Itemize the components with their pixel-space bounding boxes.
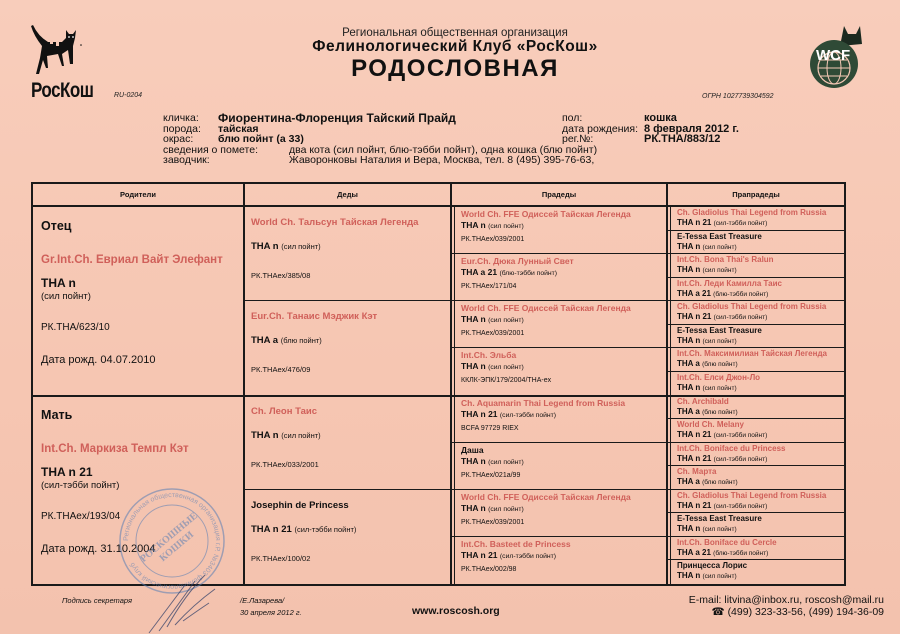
breed-code: THA a <box>677 407 700 416</box>
great-grandparent-name: Int.Ch. Basteet de Princess <box>461 539 571 549</box>
row-divider <box>666 230 844 231</box>
grandparent-breed: THA n (сил пойнт) <box>251 241 321 252</box>
row-divider <box>666 324 844 325</box>
breed-code: THA n 21 <box>461 409 498 419</box>
breed-code: THA a <box>677 477 700 486</box>
great-great-grandparent-breed: THA n (сил пойнт) <box>677 242 737 251</box>
color-desc: (сил-тэбби пойнт) <box>500 553 556 560</box>
parent-dob: Дата рожд. 04.07.2010 <box>41 354 155 366</box>
breed-code: THA n 21 <box>677 454 711 463</box>
grandparent-name: Eur.Ch. Танаис Мэджик Кэт <box>251 311 377 322</box>
header-grandparents: Деды <box>245 184 450 205</box>
pedigree-certificate: РосКош RU-0204 Региональная общественная… <box>0 0 900 634</box>
row-divider <box>666 512 844 513</box>
phone-icon: ☎ <box>712 606 725 618</box>
header-parents: Родители <box>33 184 243 205</box>
color-desc: (сил-тэбби пойнт) <box>294 525 356 534</box>
name-label: кличка: <box>163 113 218 124</box>
issue-date: 30 апреля 2012 г. <box>240 608 302 617</box>
great-great-grandparent-name: Int.Ch. Boniface du Princess <box>677 444 785 453</box>
great-great-grandparent-breed: THA n 21 (сил-тэбби пойнт) <box>677 312 767 321</box>
great-great-grandparent-name: Int.Ch. Boniface du Cercle <box>677 538 777 547</box>
row-divider <box>666 300 844 301</box>
row-divider <box>450 300 666 301</box>
great-great-grandparent-name: E-Tessa East Treasure <box>677 326 762 335</box>
great-great-grandparent-name: Ch. Archibald <box>677 397 729 406</box>
parent-reg: РК.THA/623/10 <box>41 322 110 333</box>
header-great-great-grandparents: Прапрадеды <box>668 184 844 205</box>
parent-role: Отец <box>41 219 71 233</box>
color-desc: (сил-тэбби пойнт) <box>714 456 768 463</box>
grandparent-name: Josephin de Princess <box>251 500 349 511</box>
color-desc: (блю-тэбби пойнт) <box>713 550 768 557</box>
grandparent-breed: THA n 21 (сил-тэбби пойнт) <box>251 524 356 535</box>
row-divider <box>450 253 666 254</box>
great-grandparent-reg: РК.THAex/039/2001 <box>461 519 524 526</box>
great-great-grandparent-breed: THA n (сил пойнт) <box>677 265 737 274</box>
great-grandparent-reg: РК.THAex/171/04 <box>461 283 516 290</box>
ogrn-number: ОГРН 1027739304592 <box>702 93 774 100</box>
great-great-grandparent-name: E-Tessa East Treasure <box>677 232 762 241</box>
breed-code: THA a <box>251 335 278 346</box>
great-great-grandparent-breed: THA n (сил пойнт) <box>677 524 737 533</box>
table-header: Родители Деды Прадеды Прапрадеды <box>33 184 844 207</box>
great-great-grandparent-cell: Ch. Gladiolus Thai Legend from RussiaTHA… <box>666 490 844 514</box>
great-grandparent-breed: THA n (сил пойнт) <box>461 220 524 230</box>
website-link[interactable]: www.roscosh.org <box>412 605 500 617</box>
great-great-grandparent-breed: THA a 21 (блю-тэбби пойнт) <box>677 548 768 557</box>
great-great-grandparent-name: Ch. Gladiolus Thai Legend from Russia <box>677 302 826 311</box>
breed-code: THA a <box>677 359 700 368</box>
color-label: окрас: <box>163 134 218 145</box>
great-great-grandparent-name: Int.Ch. Елси Джон-Ло <box>677 373 760 382</box>
great-grandparent-breed: THA n (сил пойнт) <box>461 456 524 466</box>
great-grandparent-name: World Ch. FFE Одиссей Тайская Легенда <box>461 209 631 219</box>
org-name: Фелинологический Клуб «РосКош» <box>5 38 900 56</box>
great-grandparent-breed: THA n 21 (сил-тэбби пойнт) <box>461 409 556 419</box>
breed-code: THA n <box>461 456 486 466</box>
breed-code: THA n <box>677 524 700 533</box>
great-grandparent-reg: РК.THAex/002/98 <box>461 566 516 573</box>
parent-name: Int.Ch. Маркиза Темпл Кэт <box>41 443 189 455</box>
breed-code: THA n 21 <box>677 501 711 510</box>
breed-code: THA n <box>461 503 486 513</box>
breed-code: THA n <box>251 241 279 252</box>
color-desc: (блю пойнт) <box>702 479 738 486</box>
breed-code: THA a 21 <box>677 548 711 557</box>
breeder-info: Жаворонковы Наталия и Вера, Москва, тел.… <box>289 155 594 166</box>
wcf-globe-cat-icon: WCF <box>800 24 870 94</box>
parent-breed: THA n <box>41 276 76 290</box>
color-desc: (сил-тэбби пойнт) <box>714 220 768 227</box>
color-desc: (сил пойнт) <box>703 244 737 251</box>
great-great-grandparent-cell: E-Tessa East TreasureTHA n (сил пойнт) <box>666 513 844 537</box>
breed-code: THA n <box>461 314 486 324</box>
signature-label: Подпись секретаря <box>62 596 132 605</box>
email-contacts[interactable]: E-mail: litvina@inbox.ru, roscosh@mail.r… <box>689 594 884 606</box>
breed-code: THA n 21 <box>677 430 711 439</box>
row-divider <box>666 277 844 278</box>
color-desc: (блю пойнт) <box>702 409 738 416</box>
great-great-grandparent-breed: THA n 21 (сил-тэбби пойнт) <box>677 218 767 227</box>
great-great-grandparent-cell: Int.Ch. Елси Джон-ЛоTHA n (сил пойнт) <box>666 372 844 396</box>
breed-code: THA a 21 <box>461 267 497 277</box>
great-grandparent-cell: World Ch. FFE Одиссей Тайская ЛегендаTHA… <box>450 301 666 348</box>
grandparent-name: World Ch. Тальсун Тайская Легенда <box>251 217 418 228</box>
grandparent-reg: РК.THAex/100/02 <box>251 554 310 563</box>
cat-info: кличка:Фиорентина-Флоренция Тайский Прай… <box>163 113 597 166</box>
row-divider <box>450 347 666 348</box>
great-great-grandparent-name: Int.Ch. Максимилиан Тайская Легенда <box>677 349 827 358</box>
breed-code: THA n <box>677 242 700 251</box>
great-grandparent-cell: Int.Ch. Basteet de PrincessTHA n 21 (сил… <box>450 537 666 584</box>
wcf-logo: WCF <box>800 24 870 94</box>
great-great-grandparent-breed: THA n 21 (сил-тэбби пойнт) <box>677 501 767 510</box>
svg-text:WCF: WCF <box>816 47 850 64</box>
row-divider <box>666 536 844 537</box>
great-grandparent-breed: THA n 21 (сил-тэбби пойнт) <box>461 550 556 560</box>
great-great-grandparent-name: World Ch. Melany <box>677 420 744 429</box>
cat-color: блю пойнт (а 33) <box>218 134 304 145</box>
cat-name: Фиорентина-Флоренция Тайский Прайд <box>218 113 456 124</box>
great-grandparent-reg: РК.THAex/039/2001 <box>461 236 524 243</box>
grandparent-cell: Eur.Ch. Танаис Мэджик КэтTHA a (блю пойн… <box>245 301 450 395</box>
great-grandparent-breed: THA n (сил пойнт) <box>461 503 524 513</box>
great-grandparent-cell: World Ch. FFE Одиссей Тайская ЛегендаTHA… <box>450 490 666 537</box>
parent-reg: РК.THAex/193/04 <box>41 511 120 522</box>
great-grandparent-name: Eur.Ch. Дюка Лунный Свет <box>461 256 574 266</box>
color-desc: (сил пойнт) <box>281 431 320 440</box>
row-divider <box>243 300 450 301</box>
breed-code: THA n 21 <box>677 312 711 321</box>
great-great-grandparent-breed: THA a (блю пойнт) <box>677 477 738 486</box>
color-desc: (сил-тэбби пойнт) <box>500 412 556 419</box>
great-great-grandparent-breed: THA n (сил пойнт) <box>677 336 737 345</box>
grandparent-cell: Josephin de PrincessTHA n 21 (сил-тэбби … <box>245 490 450 584</box>
breed-code: THA n 21 <box>677 218 711 227</box>
great-great-grandparent-cell: E-Tessa East TreasureTHA n (сил пойнт) <box>666 325 844 349</box>
color-desc: (сил-тэбби пойнт) <box>714 314 768 321</box>
row-divider <box>666 465 844 466</box>
breed-code: THA n <box>677 265 700 274</box>
great-great-grandparent-breed: THA a (блю пойнт) <box>677 407 738 416</box>
row-divider <box>243 489 450 490</box>
grandparent-breed: THA a (блю пойнт) <box>251 335 322 346</box>
secretary-name: /Е.Лазарева/ <box>240 596 284 605</box>
phone-numbers: (499) 323-33-56, (499) 194-36-09 <box>728 606 884 618</box>
breed-code: THA n <box>251 430 279 441</box>
color-desc: (сил пойнт) <box>281 242 320 251</box>
row-divider <box>243 395 450 397</box>
great-great-grandparent-name: Принцесса Лорис <box>677 561 747 570</box>
great-great-grandparent-cell: Принцесса ЛорисTHA n (сил пойнт) <box>666 560 844 584</box>
grandparent-breed: THA n (сил пойнт) <box>251 430 321 441</box>
great-great-grandparent-name: Int.Ch. Леди Камилла Таис <box>677 279 782 288</box>
great-great-grandparent-cell: Int.Ch. Bona Thai's RalunTHA n (сил пойн… <box>666 254 844 278</box>
grandparent-cell: World Ch. Тальсун Тайская ЛегендаTHA n (… <box>245 207 450 301</box>
row-divider <box>450 395 666 397</box>
row-divider <box>33 395 243 397</box>
parent-color: (сил пойнт) <box>41 291 91 302</box>
color-desc: (сил пойнт) <box>488 364 524 371</box>
parent-breed: THA n 21 <box>41 465 93 479</box>
great-great-grandparent-cell: World Ch. MelanyTHA n 21 (сил-тэбби пойн… <box>666 419 844 443</box>
breed-code: THA n <box>677 336 700 345</box>
great-great-grandparent-name: Ch. Gladiolus Thai Legend from Russia <box>677 208 826 217</box>
grandparent-cell: Ch. Леон ТаисTHA n (сил пойнт)РК.THAex/0… <box>245 396 450 490</box>
great-great-grandparent-cell: Ch. Gladiolus Thai Legend from RussiaTHA… <box>666 207 844 231</box>
color-desc: (сил пойнт) <box>703 338 737 345</box>
reg-label: рег.№: <box>562 134 644 145</box>
row-divider <box>450 489 666 490</box>
breed-code: THA n <box>461 220 486 230</box>
row-divider <box>450 442 666 443</box>
color-desc: (сил пойнт) <box>488 317 524 324</box>
breeder-label: заводчик: <box>163 155 289 166</box>
great-grandparent-cell: Eur.Ch. Дюка Лунный СветTHA a 21 (блю-тэ… <box>450 254 666 301</box>
row-divider <box>666 253 844 254</box>
phone-contacts: ☎ (499) 323-33-56, (499) 194-36-09 <box>712 606 884 618</box>
great-grandparent-cell: Ch. Aquamarin Thai Legend from RussiaTHA… <box>450 396 666 443</box>
great-great-grandparent-cell: Ch. Gladiolus Thai Legend from RussiaTHA… <box>666 301 844 325</box>
great-great-grandparent-cell: Int.Ch. Леди Камилла ТаисTHA a 21 (блю-т… <box>666 278 844 302</box>
great-great-grandparent-breed: THA n (сил пойнт) <box>677 383 737 392</box>
parent-name: Gr.Int.Ch. Евриал Вайт Элефант <box>41 254 223 266</box>
breed-code: THA n <box>677 571 700 580</box>
great-great-grandparent-breed: THA n 21 (сил-тэбби пойнт) <box>677 430 767 439</box>
color-desc: (блю-тэбби пойнт) <box>713 291 768 298</box>
row-divider <box>666 371 844 372</box>
parent-color: (сил-тэбби пойнт) <box>41 480 119 491</box>
row-divider <box>450 536 666 537</box>
great-great-grandparent-cell: E-Tessa East TreasureTHA n (сил пойнт) <box>666 231 844 255</box>
great-grandparent-breed: THA a 21 (блю-тэбби пойнт) <box>461 267 557 277</box>
great-grandparent-name: Int.Ch. Эльба <box>461 350 516 360</box>
row-divider <box>666 442 844 443</box>
great-great-grandparent-breed: THA a (блю пойнт) <box>677 359 738 368</box>
sex-label: пол: <box>562 113 644 124</box>
row-divider <box>666 418 844 419</box>
cat-reg: РК.THA/883/12 <box>644 134 720 145</box>
great-grandparent-reg: РК.THAex/039/2001 <box>461 330 524 337</box>
great-great-grandparent-name: Ch. Марта <box>677 467 716 476</box>
row-divider <box>666 559 844 560</box>
cat-info-right: пол:кошка дата рождения:8 февраля 2012 г… <box>562 113 739 145</box>
great-grandparent-name: World Ch. FFE Одиссей Тайская Легенда <box>461 492 631 502</box>
color-desc: (сил пойнт) <box>703 526 737 533</box>
great-grandparent-cell: World Ch. FFE Одиссей Тайская ЛегендаTHA… <box>450 207 666 254</box>
grandparent-reg: РК.THAex/385/08 <box>251 271 310 280</box>
great-grandparent-breed: THA n (сил пойнт) <box>461 361 524 371</box>
great-grandparent-cell: Int.Ch. ЭльбаTHA n (сил пойнт)ККЛК-ЭПК/1… <box>450 348 666 395</box>
great-great-grandparent-cell: Ch. МартаTHA a (блю пойнт) <box>666 466 844 490</box>
great-great-grandparent-breed: THA a 21 (блю-тэбби пойнт) <box>677 289 768 298</box>
grandparent-reg: РК.THAex/476/09 <box>251 365 310 374</box>
color-desc: (блю пойнт) <box>702 361 738 368</box>
great-grandparent-name: Ch. Aquamarin Thai Legend from Russia <box>461 398 625 408</box>
great-grandparent-reg: BCFA 97729 RIEX <box>461 425 519 432</box>
color-desc: (сил пойнт) <box>488 459 524 466</box>
color-desc: (сил пойнт) <box>488 223 524 230</box>
great-great-grandparent-name: Int.Ch. Bona Thai's Ralun <box>677 255 774 264</box>
sire-cell: ОтецGr.Int.Ch. Евриал Вайт ЭлефантTHA n(… <box>33 207 243 396</box>
document-title: РОДОСЛОВНАЯ <box>5 55 900 83</box>
cat-sex: кошка <box>644 113 677 124</box>
secretary-signature <box>145 555 225 634</box>
color-desc: (блю пойнт) <box>281 336 322 345</box>
breed-code: THA n 21 <box>251 524 292 535</box>
great-grandparent-name: Даша <box>461 445 484 455</box>
breed-code: THA n 21 <box>461 550 498 560</box>
breed-code: THA a 21 <box>677 289 711 298</box>
breed-code: THA n <box>677 383 700 392</box>
great-grandparent-cell: ДашаTHA n (сил пойнт)РК.THAex/021a/99 <box>450 443 666 490</box>
color-desc: (сил пойнт) <box>703 573 737 580</box>
great-grandparent-reg: РК.THAex/021a/99 <box>461 472 520 479</box>
row-divider <box>666 489 844 490</box>
great-great-grandparent-breed: THA n 21 (сил-тэбби пойнт) <box>677 454 767 463</box>
grandparent-name: Ch. Леон Таис <box>251 406 317 417</box>
color-desc: (сил-тэбби пойнт) <box>714 432 768 439</box>
grandparent-reg: РК.THAex/033/2001 <box>251 460 319 469</box>
great-great-grandparent-breed: THA n (сил пойнт) <box>677 571 737 580</box>
row-divider <box>666 395 844 397</box>
great-great-grandparent-cell: Int.Ch. Boniface du CercleTHA a 21 (блю-… <box>666 537 844 561</box>
breed-code: THA n <box>461 361 486 371</box>
ru-code: RU-0204 <box>114 92 142 99</box>
color-desc: (сил пойнт) <box>703 267 737 274</box>
great-great-grandparent-cell: Int.Ch. Максимилиан Тайская ЛегендаTHA a… <box>666 348 844 372</box>
great-great-grandparent-name: E-Tessa East Treasure <box>677 514 762 523</box>
color-desc: (сил-тэбби пойнт) <box>714 503 768 510</box>
great-grandparent-name: World Ch. FFE Одиссей Тайская Легенда <box>461 303 631 313</box>
color-desc: (сил пойнт) <box>703 385 737 392</box>
header-great-grandparents: Прадеды <box>452 184 666 205</box>
parent-role: Мать <box>41 408 72 422</box>
great-grandparent-reg: ККЛК-ЭПК/179/2004/THA-ex <box>461 377 551 384</box>
color-desc: (сил пойнт) <box>488 506 524 513</box>
row-divider <box>666 347 844 348</box>
great-great-grandparent-name: Ch. Gladiolus Thai Legend from Russia <box>677 491 826 500</box>
great-great-grandparent-cell: Int.Ch. Boniface du PrincessTHA n 21 (си… <box>666 443 844 467</box>
great-great-grandparent-cell: Ch. ArchibaldTHA a (блю пойнт) <box>666 396 844 420</box>
great-grandparent-breed: THA n (сил пойнт) <box>461 314 524 324</box>
color-desc: (блю-тэбби пойнт) <box>499 270 557 277</box>
